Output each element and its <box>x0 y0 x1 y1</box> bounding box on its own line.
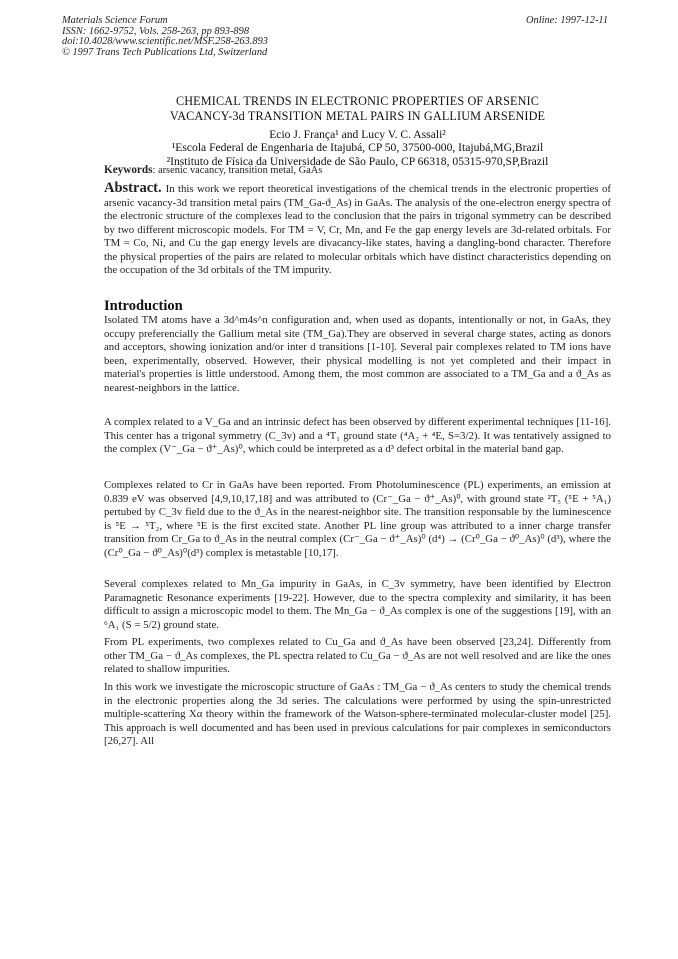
keywords-label: Keywords <box>104 164 152 176</box>
online-date: Online: 1997-12-11 <box>526 16 608 27</box>
title-line-2: VACANCY-3d TRANSITION METAL PAIRS IN GAL… <box>104 109 611 124</box>
paragraph: A complex related to a V_Ga and an intri… <box>104 416 611 457</box>
author-block: Ecio J. França¹ and Lucy V. C. Assali² ¹… <box>104 128 611 168</box>
paragraph: Complexes related to Cr in GaAs have bee… <box>104 479 611 560</box>
paragraph-block: From PL experiments, two complexes relat… <box>104 636 611 677</box>
paragraph: Several complexes related to Mn_Ga impur… <box>104 578 611 632</box>
introduction-section: Introduction Isolated TM atoms have a 3d… <box>104 298 611 395</box>
paragraph-block: In this work we investigate the microsco… <box>104 681 611 749</box>
abstract-label: Abstract. <box>104 180 162 196</box>
title-line-1: CHEMICAL TRENDS IN ELECTRONIC PROPERTIES… <box>104 94 611 109</box>
affiliation-1: ¹Escola Federal de Engenharia de Itajubá… <box>104 141 611 154</box>
keywords-text: : arsenic vacancy, transition metal, GaA… <box>152 165 322 176</box>
abstract: Abstract.In this work we report theoreti… <box>104 182 611 278</box>
paragraph-block: Several complexes related to Mn_Ga impur… <box>104 578 611 632</box>
journal-name: Materials Science Forum <box>62 16 268 27</box>
paragraph-block: A complex related to a V_Ga and an intri… <box>104 416 611 457</box>
paragraph: Isolated TM atoms have a 3d^m4s^n config… <box>104 314 611 395</box>
copyright-line: © 1997 Trans Tech Publications Ltd, Swit… <box>62 48 268 59</box>
paper-title: CHEMICAL TRENDS IN ELECTRONIC PROPERTIES… <box>104 94 611 123</box>
author-names: Ecio J. França¹ and Lucy V. C. Assali² <box>104 128 611 141</box>
section-heading-introduction: Introduction <box>104 298 611 314</box>
paragraph: In this work we investigate the microsco… <box>104 681 611 749</box>
journal-header: Materials Science Forum ISSN: 1662-9752,… <box>62 16 268 58</box>
keywords: Keywords: arsenic vacancy, transition me… <box>104 164 611 176</box>
abstract-text: In this work we report theoretical inves… <box>104 183 611 276</box>
paragraph: From PL experiments, two complexes relat… <box>104 636 611 677</box>
paragraph-block: Complexes related to Cr in GaAs have bee… <box>104 479 611 560</box>
